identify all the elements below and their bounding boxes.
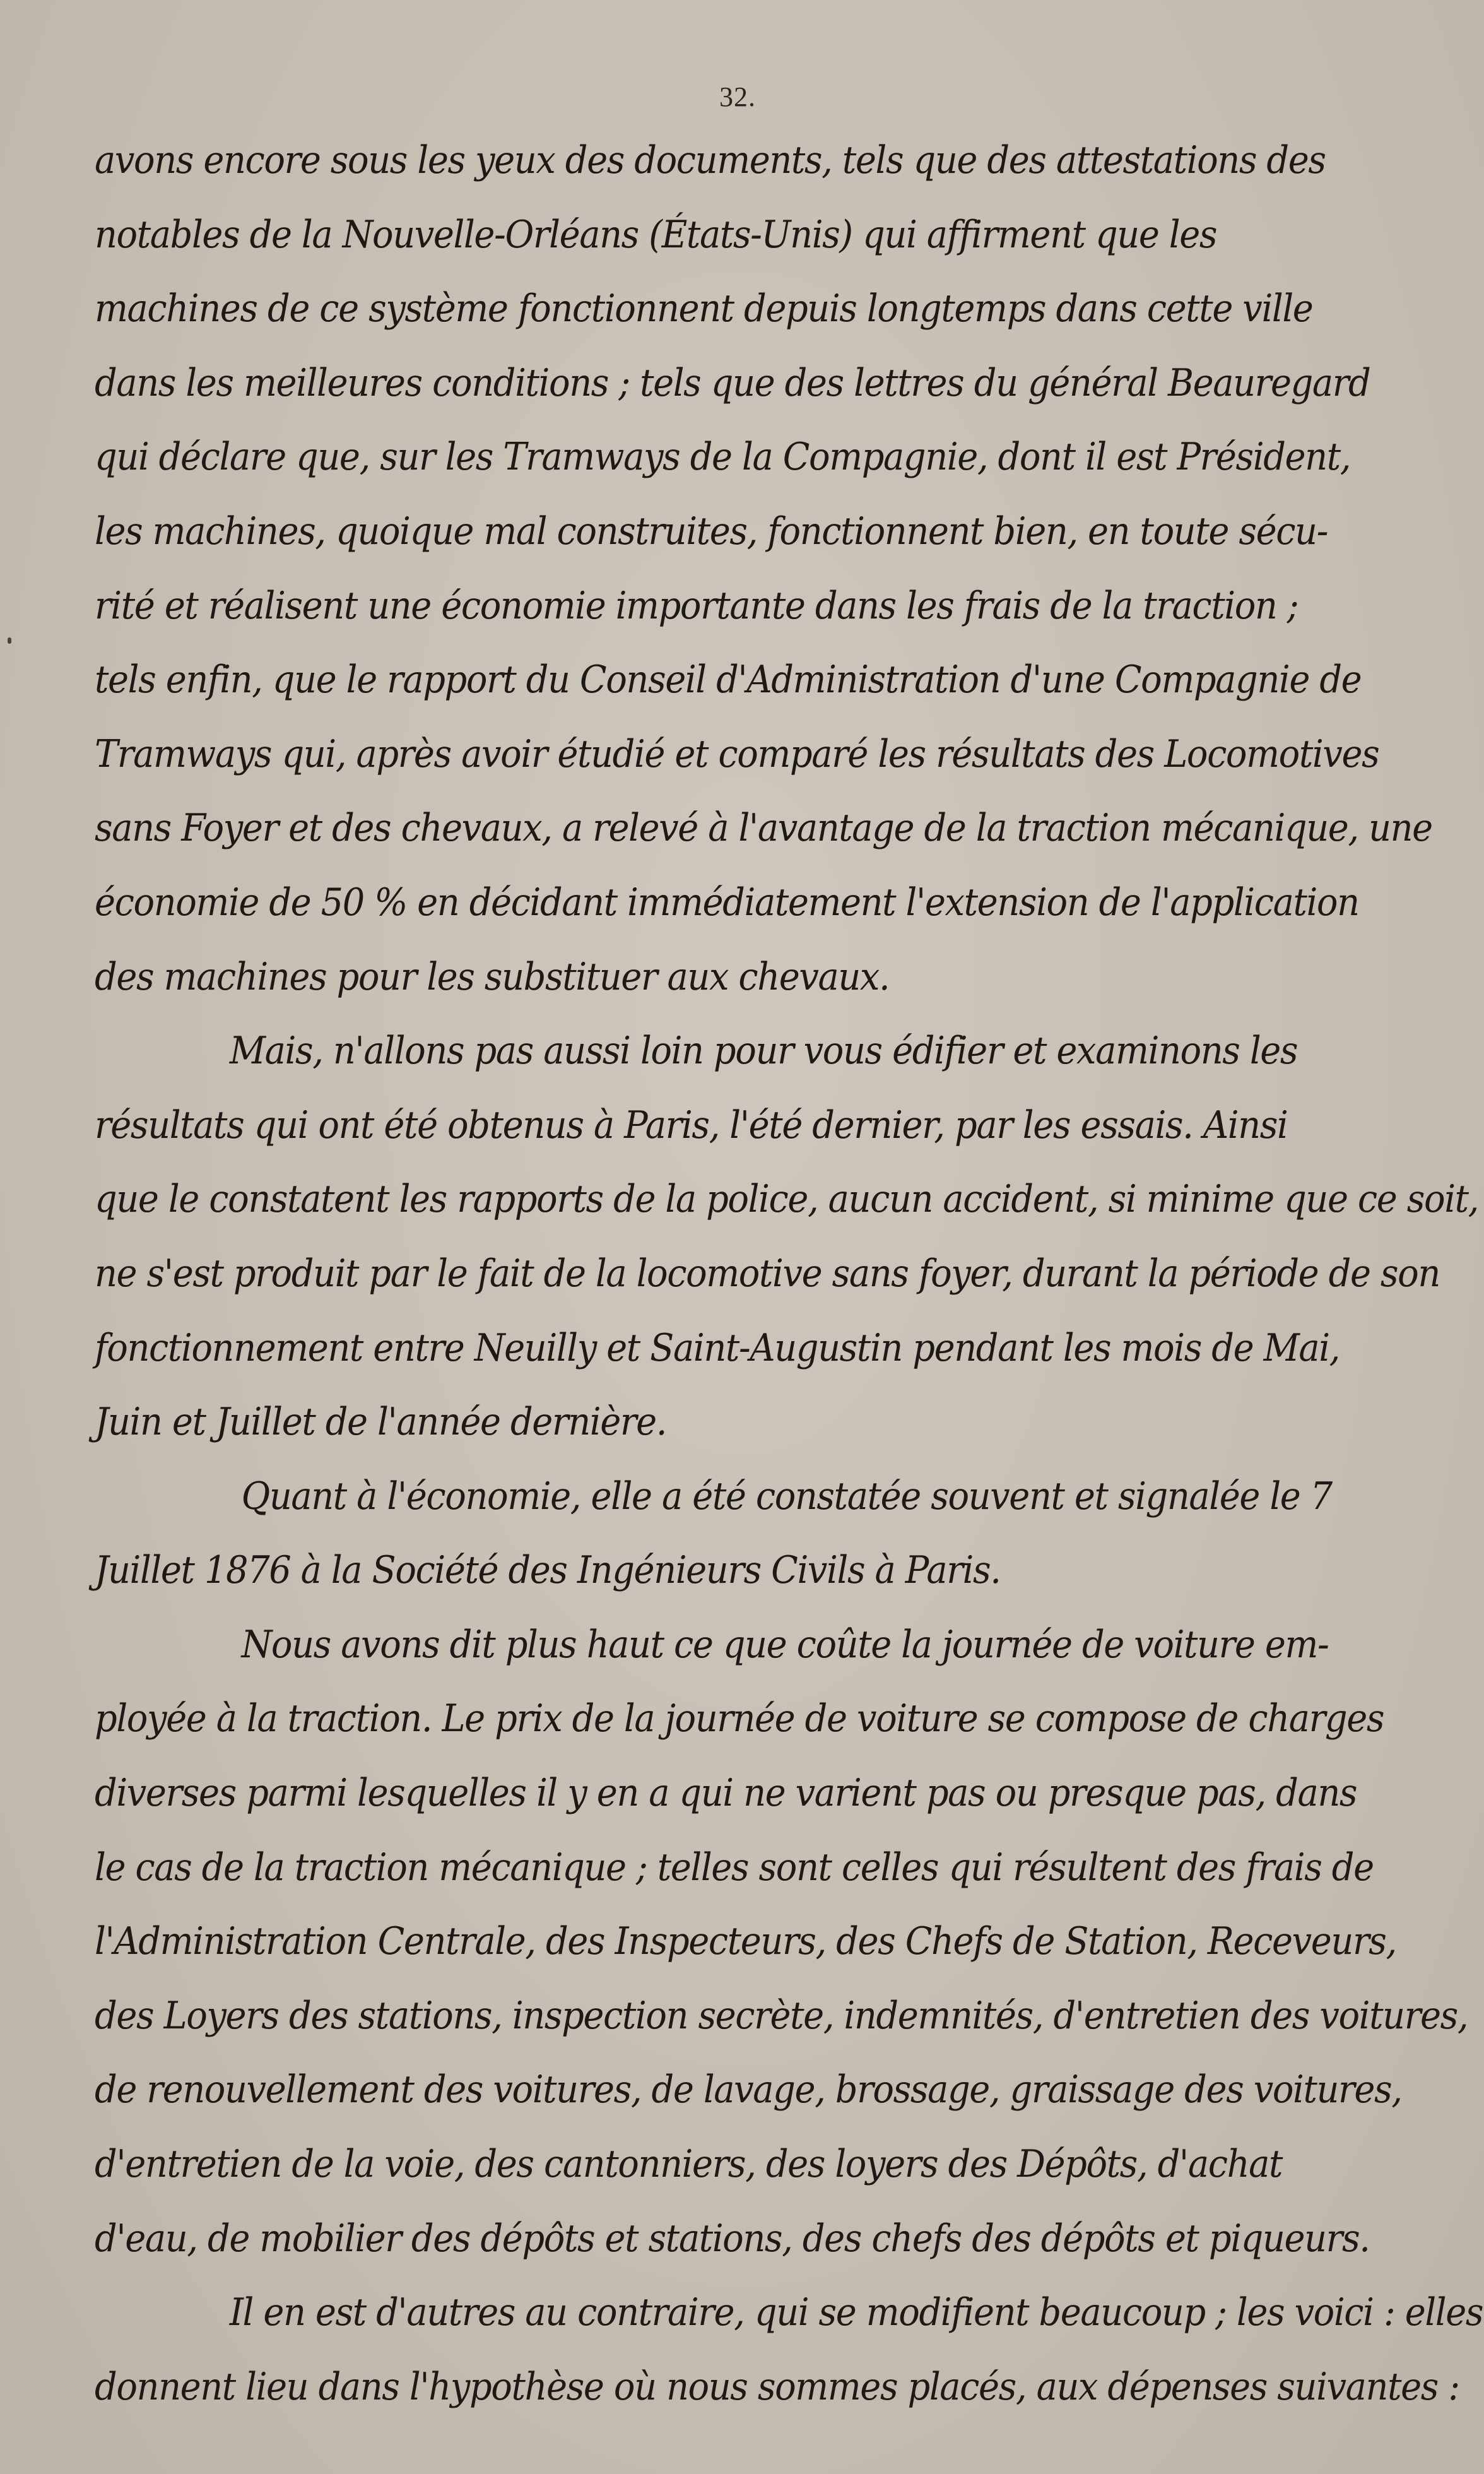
text-line: tels enfin, que le rapport du Conseil d'… (95, 643, 1321, 718)
text-line: sans Foyer et des chevaux, a relevé à l'… (95, 791, 1321, 866)
text-line: Juillet 1876 à la Société des Ingénieurs… (95, 1534, 1321, 1608)
text-line: diverses parmi lesquelles il y en a qui … (95, 1756, 1321, 1831)
text-line: économie de 50 % en décidant immédiateme… (95, 866, 1321, 940)
text-line: résultats qui ont été obtenus à Paris, l… (95, 1089, 1321, 1163)
paragraph-start-line: Il en est d'autres au contraire, qui se … (95, 2276, 1321, 2350)
text-line: ployée à la traction. Le prix de la jour… (95, 1682, 1321, 1756)
text-line: donnent lieu dans l'hypothèse où nous so… (95, 2350, 1321, 2425)
paragraph-start-line: Mais, n'allons pas aussi loin pour vous … (95, 1014, 1321, 1089)
handwritten-text-body: avons encore sous les yeux des documents… (95, 124, 1413, 2424)
margin-ink-speck (8, 637, 11, 644)
text-line: que le constatent les rapports de la pol… (95, 1163, 1321, 1237)
text-line: les machines, quoique mal construites, f… (95, 495, 1321, 569)
text-line: des Loyers des stations, inspection secr… (95, 1979, 1321, 2054)
text-line: avons encore sous les yeux des documents… (95, 124, 1321, 198)
text-line: l'Administration Centrale, des Inspecteu… (95, 1905, 1321, 1979)
text-line: notables de la Nouvelle-Orléans (États-U… (95, 198, 1321, 273)
text-line: machines de ce système fonctionnent depu… (95, 272, 1321, 346)
text-line: fonctionnement entre Neuilly et Saint-Au… (95, 1311, 1321, 1386)
paragraph-start-line: Quant à l'économie, elle a été constatée… (95, 1460, 1321, 1534)
text-line: Juin et Juillet de l'année dernière. (95, 1385, 1321, 1460)
text-line: le cas de la traction mécanique ; telles… (95, 1831, 1321, 1905)
paragraph-start-line: Nous avons dit plus haut ce que coûte la… (95, 1608, 1321, 1683)
text-line: Tramways qui, après avoir étudié et comp… (95, 718, 1321, 792)
text-line: ne s'est produit par le fait de la locom… (95, 1237, 1321, 1311)
text-line: d'entretien de la voie, des cantonniers,… (95, 2128, 1321, 2202)
text-line: rité et réalisent une économie important… (95, 569, 1321, 644)
text-line: dans les meilleures conditions ; tels qu… (95, 346, 1321, 421)
text-line: d'eau, de mobilier des dépôts et station… (95, 2202, 1321, 2276)
text-line: des machines pour les substituer aux che… (95, 940, 1321, 1015)
text-line: de renouvellement des voitures, de lavag… (95, 2053, 1321, 2128)
page-number: 32. (719, 81, 756, 113)
manuscript-page: 32. avons encore sous les yeux des docum… (0, 0, 1484, 2474)
text-line: qui déclare que, sur les Tramways de la … (95, 420, 1321, 495)
